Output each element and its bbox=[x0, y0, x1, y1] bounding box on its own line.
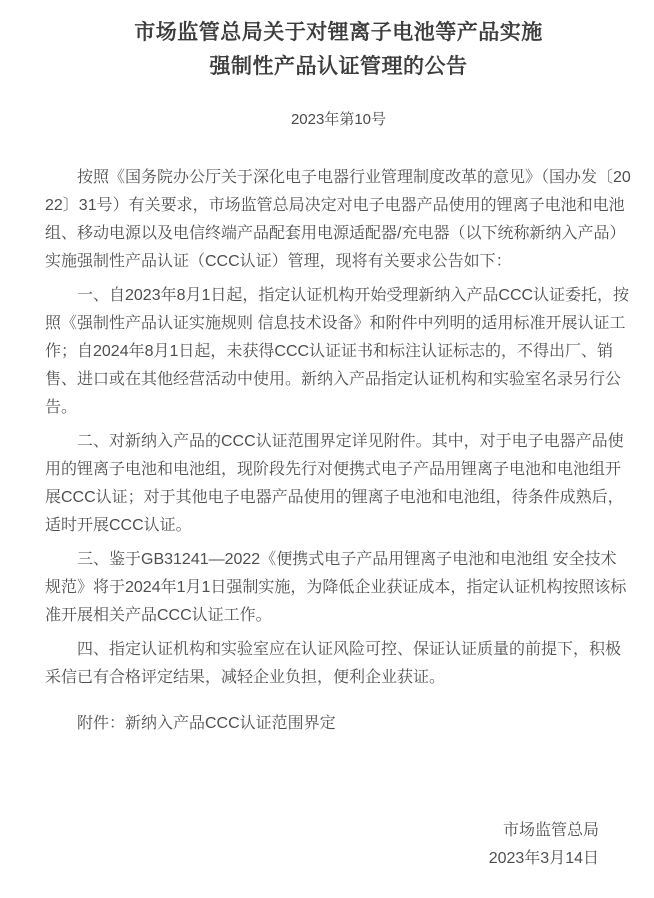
issuer-name: 市场监管总局 bbox=[45, 817, 599, 845]
document-number: 2023年第10号 bbox=[45, 111, 632, 129]
attachment-line: 附件：新纳入产品CCC认证范围界定 bbox=[45, 710, 632, 738]
paragraph-item-3: 三、鉴于GB31241—2022《便携式电子产品用锂离子电池和电池组 安全技术规… bbox=[45, 546, 632, 630]
signature-block: 市场监管总局 2023年3月14日 bbox=[45, 817, 632, 873]
paragraph-intro: 按照《国务院办公厅关于深化电子电器行业管理制度改革的意见》（国办发〔2022〕3… bbox=[45, 164, 632, 276]
document-title-line-1: 市场监管总局关于对锂离子电池等产品实施 bbox=[134, 21, 543, 44]
paragraph-item-1: 一、自2023年8月1日起，指定认证机构开始受理新纳入产品CCC认证委托，按照《… bbox=[45, 282, 632, 422]
announcement-document: 市场监管总局关于对锂离子电池等产品实施强制性产品认证管理的公告 2023年第10… bbox=[0, 0, 654, 898]
paragraph-item-2: 二、对新纳入产品的CCC认证范围界定详见附件。其中，对于电子电器产品使用的锂离子… bbox=[45, 428, 632, 540]
document-body: 按照《国务院办公厅关于深化电子电器行业管理制度改革的意见》（国办发〔2022〕3… bbox=[45, 164, 632, 738]
document-title-line-2: 强制性产品认证管理的公告 bbox=[210, 55, 468, 78]
issue-date: 2023年3月14日 bbox=[45, 845, 599, 873]
paragraph-item-4: 四、指定认证机构和实验室应在认证风险可控、保证认证质量的前提下，积极采信已有合格… bbox=[45, 636, 632, 692]
document-title: 市场监管总局关于对锂离子电池等产品实施强制性产品认证管理的公告 bbox=[45, 16, 632, 84]
